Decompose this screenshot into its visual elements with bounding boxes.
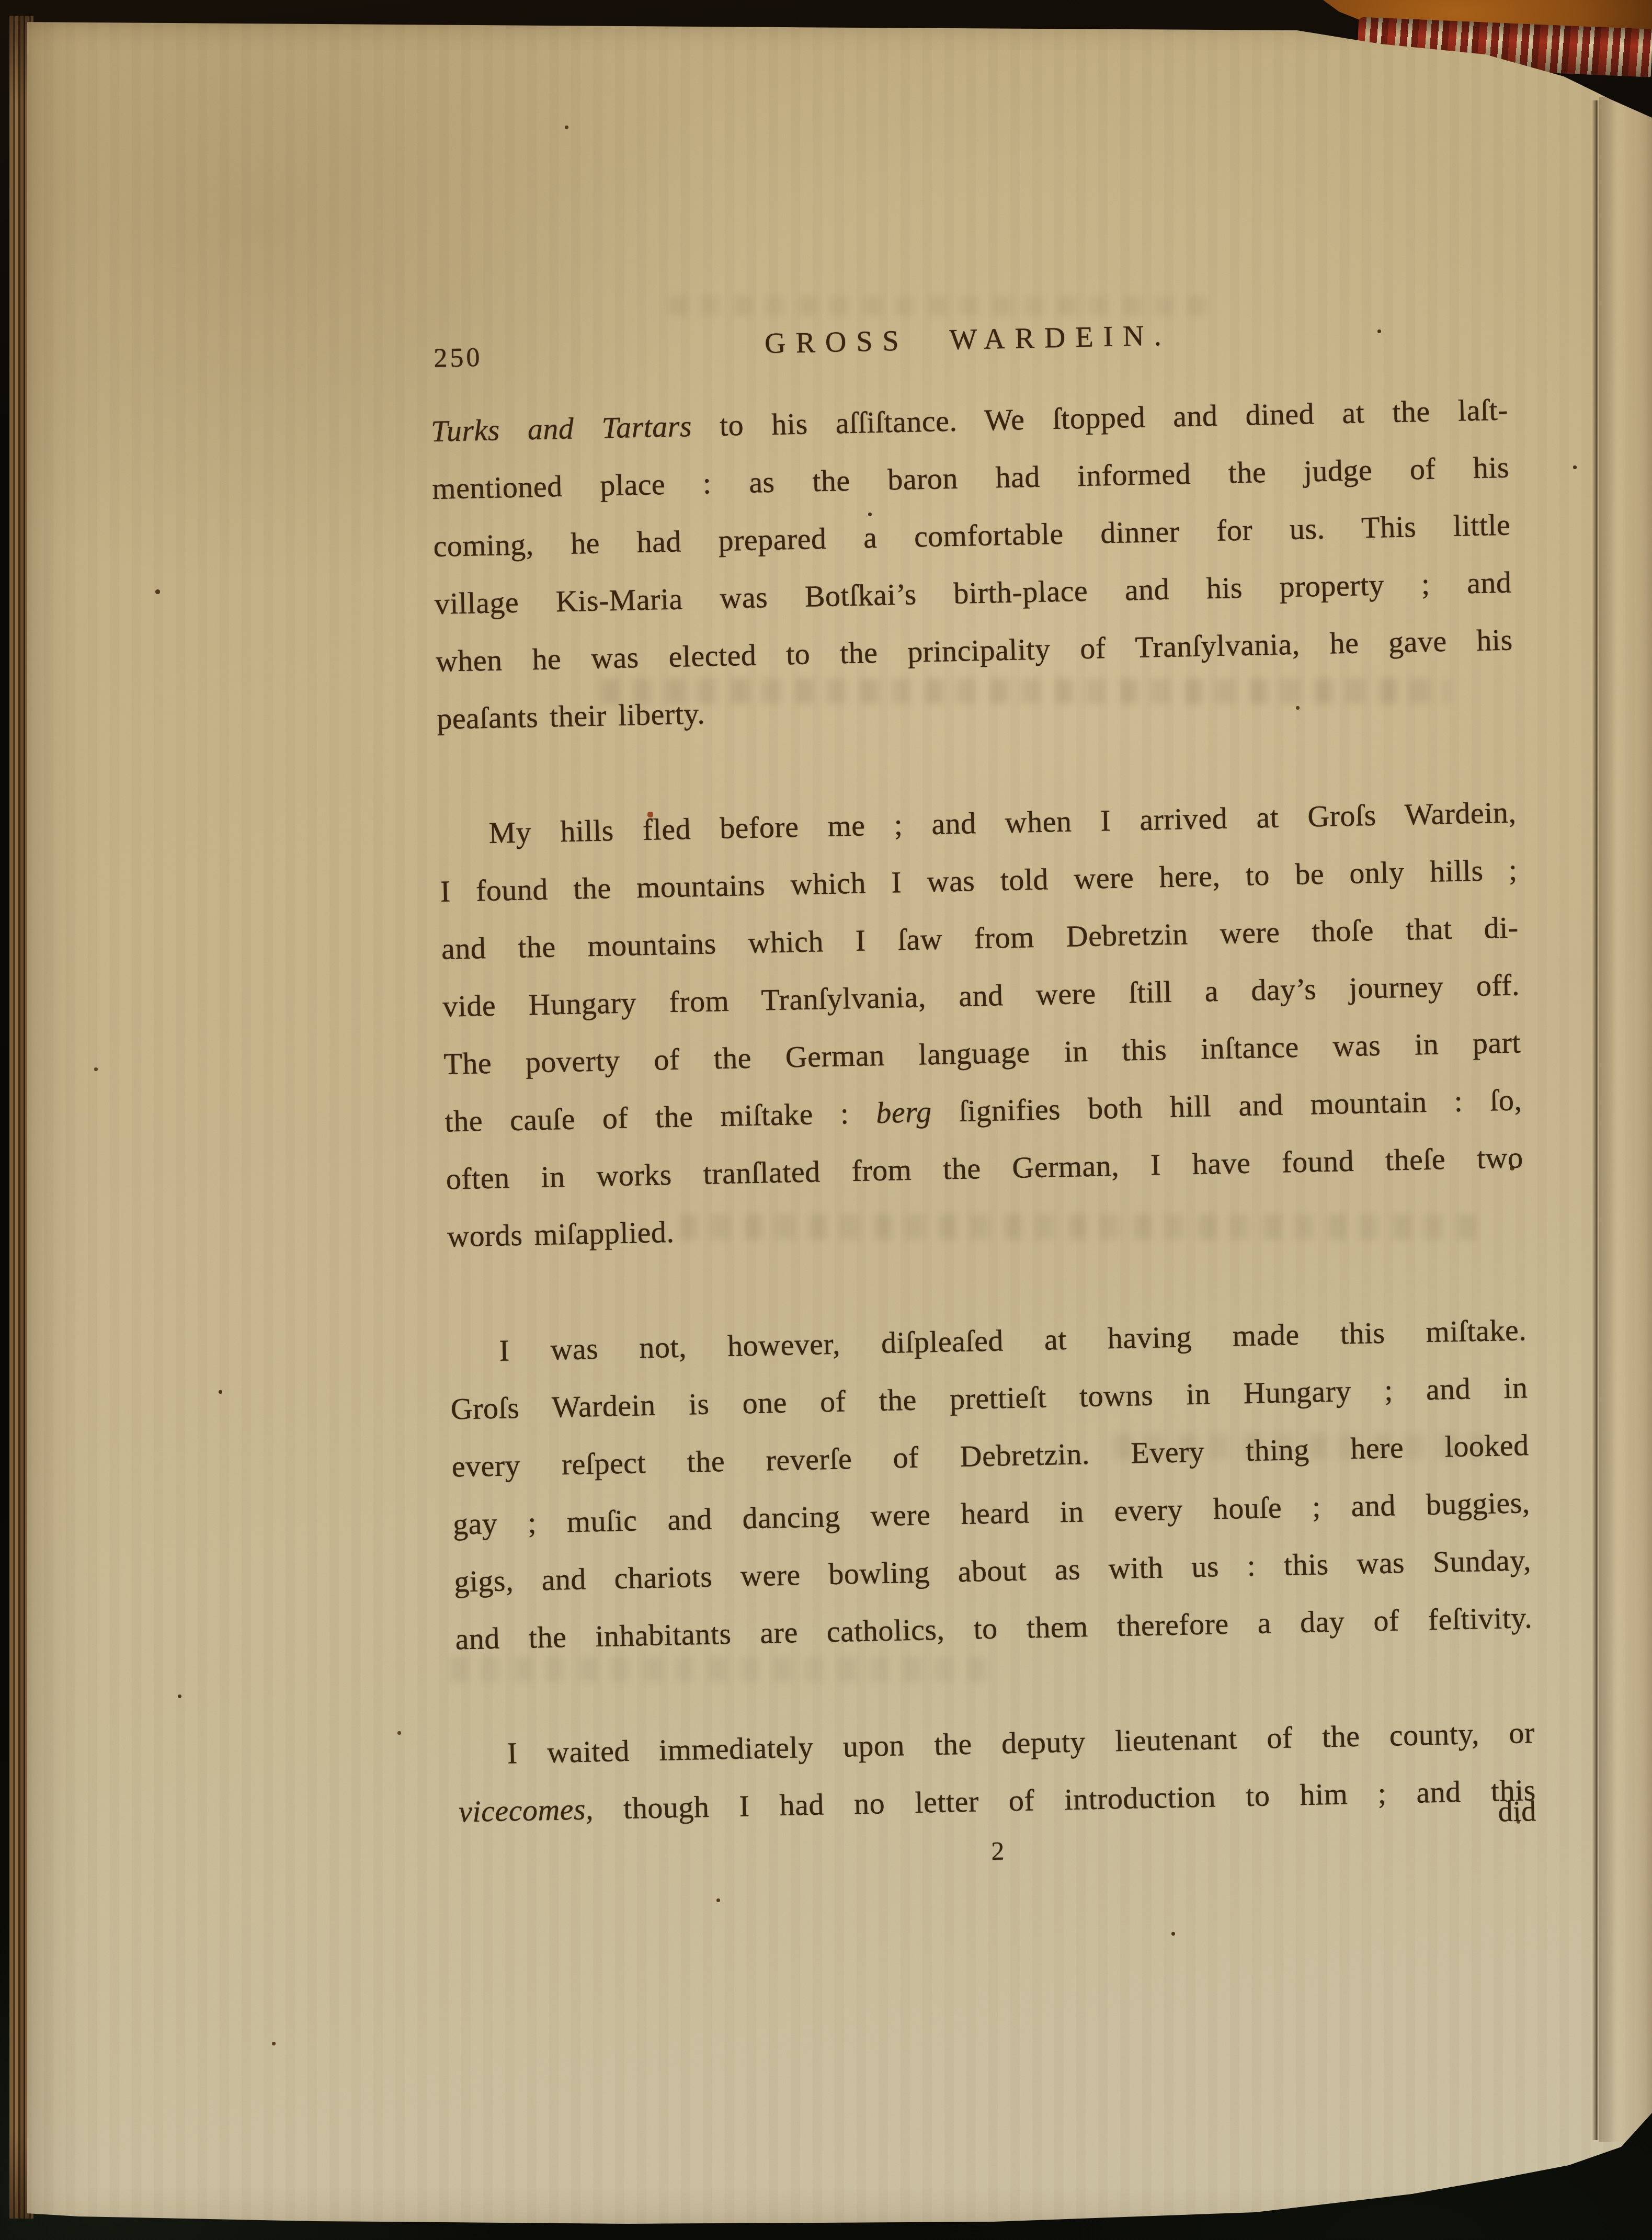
text-run: vicecomes, (459, 1792, 594, 1828)
text-run: Groſs Wardein is one of the prettieſt to… (450, 1370, 1528, 1426)
paragraph: I was not, however, diſpleaſed at having… (449, 1301, 1533, 1668)
page-fold-crease (1592, 100, 1600, 2140)
text-run: every reſpect the reverſe of Debretzin. … (451, 1428, 1529, 1483)
paragraph: Turks and Tartars to his aſſiſtance. We … (430, 381, 1514, 748)
text-block: 250 GROSS WARDEIN. Turks and Tartars to … (429, 300, 1537, 1891)
text-run: My hills fled before me ; and when I arr… (488, 795, 1517, 849)
text-run: gigs, and chariots were bowling about as… (454, 1543, 1532, 1598)
paragraph: My hills fled before me ; and when I arr… (439, 783, 1525, 1265)
book-scan: 250 GROSS WARDEIN. Turks and Tartars to … (0, 0, 1652, 2240)
text-run: peaſants their liberty. (437, 697, 705, 736)
text-run: I found the mountains which I was told w… (440, 852, 1518, 908)
text-run: and the inhabitants are catholics, to th… (455, 1600, 1533, 1656)
text-run: The poverty of the German language in th… (443, 1025, 1521, 1081)
text-run: when he was elected to the principality … (435, 623, 1513, 678)
text-run: to his aſſiſtance. We ſtopped and dined … (691, 393, 1508, 443)
text-run: village Kis-Maria was Botſkai’s birth-pl… (434, 565, 1512, 621)
text-run: Turks and Tartars (431, 409, 692, 448)
text-run: coming, he had prepared a comfortable di… (433, 508, 1511, 563)
page-header: 250 GROSS WARDEIN. (429, 300, 1507, 379)
book-page: 250 GROSS WARDEIN. Turks and Tartars to … (0, 0, 1652, 2240)
text-run: mentioned place : as the baron had infor… (432, 450, 1510, 506)
text-run: vide Hungary from Tranſylvania, and were… (442, 968, 1520, 1023)
text-run: I was not, however, diſpleaſed at having… (499, 1313, 1527, 1367)
text-run: often in works tranſlated from the Germa… (446, 1140, 1523, 1196)
text-run: words miſapplied. (447, 1215, 675, 1254)
text-run: and the mountains which I ſaw from Debre… (441, 910, 1519, 965)
paragraphs: Turks and Tartars to his aſſiſtance. We … (430, 381, 1536, 1841)
text-run: berg (876, 1095, 932, 1130)
text-run: ſignifies both hill and mountain : ſo, (931, 1083, 1522, 1129)
paper-specks (0, 0, 2, 2)
text-run: I waited immediately upon the deputy lie… (507, 1715, 1535, 1770)
adjacent-page-edge (1599, 97, 1652, 2142)
text-run: the cauſe of the miſtake : (445, 1096, 876, 1139)
text-run: though I had no letter of introduction t… (593, 1773, 1536, 1826)
running-title: GROSS WARDEIN. (429, 300, 1507, 379)
text-run: gay ; muſic and dancing were heard in ev… (452, 1485, 1530, 1541)
paragraph: I waited immediately upon the deputy lie… (457, 1704, 1536, 1840)
